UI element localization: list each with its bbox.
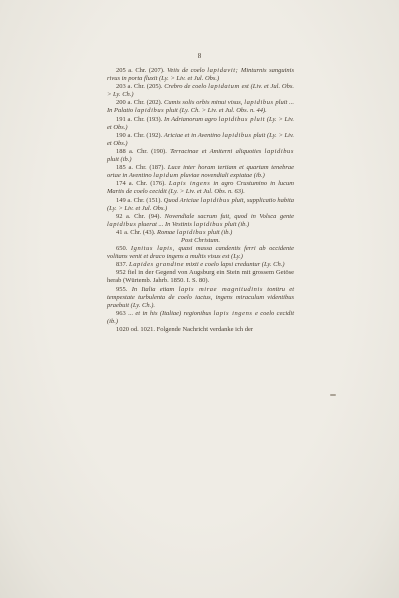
text-segment: pluit (ib.) [206, 229, 232, 236]
text-segment: 185 a. Chr. (187). [116, 164, 168, 171]
text-segment: Crebro de coelo [164, 83, 208, 90]
page-number: 8 [0, 52, 399, 60]
entry-paragraph: 174 a. Chr. (176). Lapis ingens in agro … [107, 180, 294, 196]
text-segment: 92 a. Chr. (94). [116, 213, 165, 220]
text-segment: 837. [116, 261, 129, 268]
text-segment: Cumis solis orbis minui visus, [164, 99, 244, 106]
text-segment: In Italia etiam [132, 286, 179, 293]
entry-paragraph: 191 a. Chr. (193). In Adrianorum agro la… [107, 116, 294, 132]
text-segment: mixti e coelo lapsi creduntur (Ly. Ch.) [184, 261, 284, 268]
text-segment: 200 a. Chr. (202). [116, 99, 164, 106]
text-segment: 955. [116, 286, 132, 293]
text-segment: lapidibus pluit [218, 116, 265, 123]
entry-paragraph: 955. In Italia etiam lapis mirae magnitu… [107, 286, 294, 310]
text-block: 205 a. Chr. (207). Veiis de coelo lapida… [107, 67, 294, 334]
text-segment: pluit (ib.) [107, 156, 132, 163]
text-segment: lapidibus [194, 221, 223, 228]
text-segment: Novendiale sacrum fuit, quod in Volsca g… [165, 213, 294, 220]
entry-paragraph: 188 a. Chr. (190). Terracinae et Amitern… [107, 148, 294, 164]
text-segment: lapidum [153, 172, 178, 179]
post-christum-heading: Post Christum. [107, 237, 294, 245]
text-segment: lapis ingens [214, 310, 253, 317]
text-segment: 205 a. Chr. (207). [116, 67, 167, 74]
text-segment: lapidatum [208, 83, 240, 90]
text-segment: lapidibus [265, 148, 294, 155]
entry-paragraph: 185 a. Chr. (187). Luce inter horam tert… [107, 164, 294, 180]
text-segment: 952 fiel in der Gegend von Augsburg ein … [107, 269, 294, 284]
text-segment: Terracinae et Amiterni aliquoties [170, 148, 264, 155]
text-segment: 149 a. Chr. (151). [116, 197, 164, 204]
text-segment: Lapides grandine [129, 261, 184, 268]
entry-paragraph: 41 a. Chr. (43). Romae lapidibus pluit (… [107, 229, 294, 237]
text-segment: Romae [157, 229, 177, 236]
entry-paragraph: 963 ... et in his (Italiae) regionibus l… [107, 310, 294, 326]
text-segment: Ignitus lapis, [131, 245, 175, 252]
entry-paragraph: 952 fiel in der Gegend von Augsburg ein … [107, 269, 294, 285]
text-segment: pluit (Ly. Ch. > Liv. et Jul. Obs. n. 44… [164, 107, 266, 114]
entry-paragraph: 205 a. Chr. (207). Veiis de coelo lapida… [107, 67, 294, 83]
entry-paragraph: 92 a. Chr. (94). Novendiale sacrum fuit,… [107, 213, 294, 229]
text-segment: lapis mirae magnitudinis [179, 286, 263, 293]
text-segment: et in his (Italiae) regionibus [135, 310, 213, 317]
text-segment: 1020 od. 1021. Folgende Nachricht verdan… [116, 326, 253, 333]
text-segment: In Adrianorum agro [164, 116, 218, 123]
entry-paragraph: 149 a. Chr. (151). Quod Ariciae lapidibu… [107, 197, 294, 213]
entry-paragraph: 203 a. Chr. (205). Crebro de coelo lapid… [107, 83, 294, 99]
text-segment: lapidavit; [207, 67, 238, 74]
text-segment: 188 a. Chr. (190). [116, 148, 170, 155]
text-segment: pluerat ... In Vestinis [136, 221, 193, 228]
text-segment: lapidibus [200, 197, 229, 204]
text-segment: lapidibus [244, 99, 273, 106]
entry-paragraph: 1020 od. 1021. Folgende Nachricht verdan… [107, 326, 294, 334]
entry-paragraph: 190 a. Chr. (192). Ariciae et in Aventin… [107, 132, 294, 148]
text-segment: Veiis de coelo [167, 67, 207, 74]
text-segment: Ariciae et in Aventino [164, 132, 222, 139]
text-segment: pluviae novendiali expiatae (ib.) [179, 172, 265, 179]
entry-paragraph: 650. Ignitus lapis, quasi massa candenti… [107, 245, 294, 261]
text-segment: 203 a. Chr. (205). [116, 83, 164, 90]
scan-page: 8 205 a. Chr. (207). Veiis de coelo lapi… [0, 0, 399, 598]
text-segment: Lapis ingens [169, 180, 210, 187]
text-segment: 174 a. Chr. (176). [116, 180, 169, 187]
text-segment: 963 ... [116, 310, 135, 317]
text-segment: 41 a. Chr. (43). [116, 229, 157, 236]
entry-paragraph: 837. Lapides grandine mixti e coelo laps… [107, 261, 294, 269]
text-segment: lapidibus [177, 229, 206, 236]
scan-speck [330, 394, 336, 396]
text-segment: 190 a. Chr. (192). [116, 132, 164, 139]
text-segment: 650. [116, 245, 131, 252]
text-segment: lapidibus [107, 221, 136, 228]
text-segment: lapidibus [222, 132, 251, 139]
text-segment: 191 a. Chr. (193). [116, 116, 164, 123]
text-segment: Quod Ariciae [164, 197, 201, 204]
entry-paragraph: 200 a. Chr. (202). Cumis solis orbis min… [107, 99, 294, 115]
text-segment: lapidibus [135, 107, 164, 114]
text-segment: pluit (ib.) [223, 221, 249, 228]
